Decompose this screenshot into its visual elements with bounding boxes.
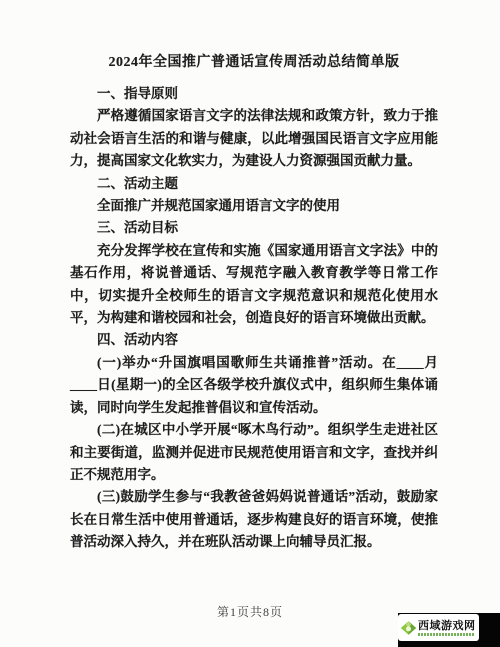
section-heading-1: 一、指导原则 — [70, 83, 438, 105]
section-heading-3: 三、活动目标 — [70, 217, 438, 239]
site-logo-name: 西域游戏网 — [418, 620, 476, 632]
paragraph-activity-item-3: (三)鼓励学生参与“我教爸爸妈妈说普通话”活动，鼓励家长在日常生活中使用普通话，… — [70, 486, 438, 553]
paragraph-activity-item-1: (一)举办“升国旗唱国歌师生共诵推普”活动。在____月____日(星期一)的全… — [70, 352, 438, 419]
site-logo-card: 西域游戏网 — [398, 614, 479, 641]
site-logo-text: 西域游戏网 — [418, 620, 476, 636]
site-logo-tagline-strip — [418, 633, 474, 636]
document-content: 2024年全国推广普通话宣传周活动总结简单版 一、指导原则 严格遵循国家语言文字… — [70, 50, 438, 554]
section-heading-4: 四、活动内容 — [70, 329, 438, 351]
paragraph-activity-goals: 充分发挥学校在宣传和实施《国家通用语言文字法》中的基石作用，将说普通话、写规范字… — [70, 240, 438, 330]
watermark-corner-block: 西域游戏网 — [398, 613, 500, 647]
paragraph-activity-item-2: (二)在城区中小学开展“啄木鸟行动”。组织学生走进社区和主要街道，监测并促进市民… — [70, 419, 438, 486]
green-gem-leaf-icon — [400, 620, 417, 636]
paragraph-activity-theme: 全面推广并规范国家通用语言文字的使用 — [70, 195, 438, 217]
document-title: 2024年全国推广普通话宣传周活动总结简单版 — [70, 50, 438, 75]
document-page: 2024年全国推广普通话宣传周活动总结简单版 一、指导原则 严格遵循国家语言文字… — [0, 0, 500, 647]
section-heading-2: 二、活动主题 — [70, 173, 438, 195]
paragraph-guiding-principles: 严格遵循国家语言文字的法律法规和政策方针，致力于推动社会语言生活的和谐与健康，以… — [70, 105, 438, 172]
